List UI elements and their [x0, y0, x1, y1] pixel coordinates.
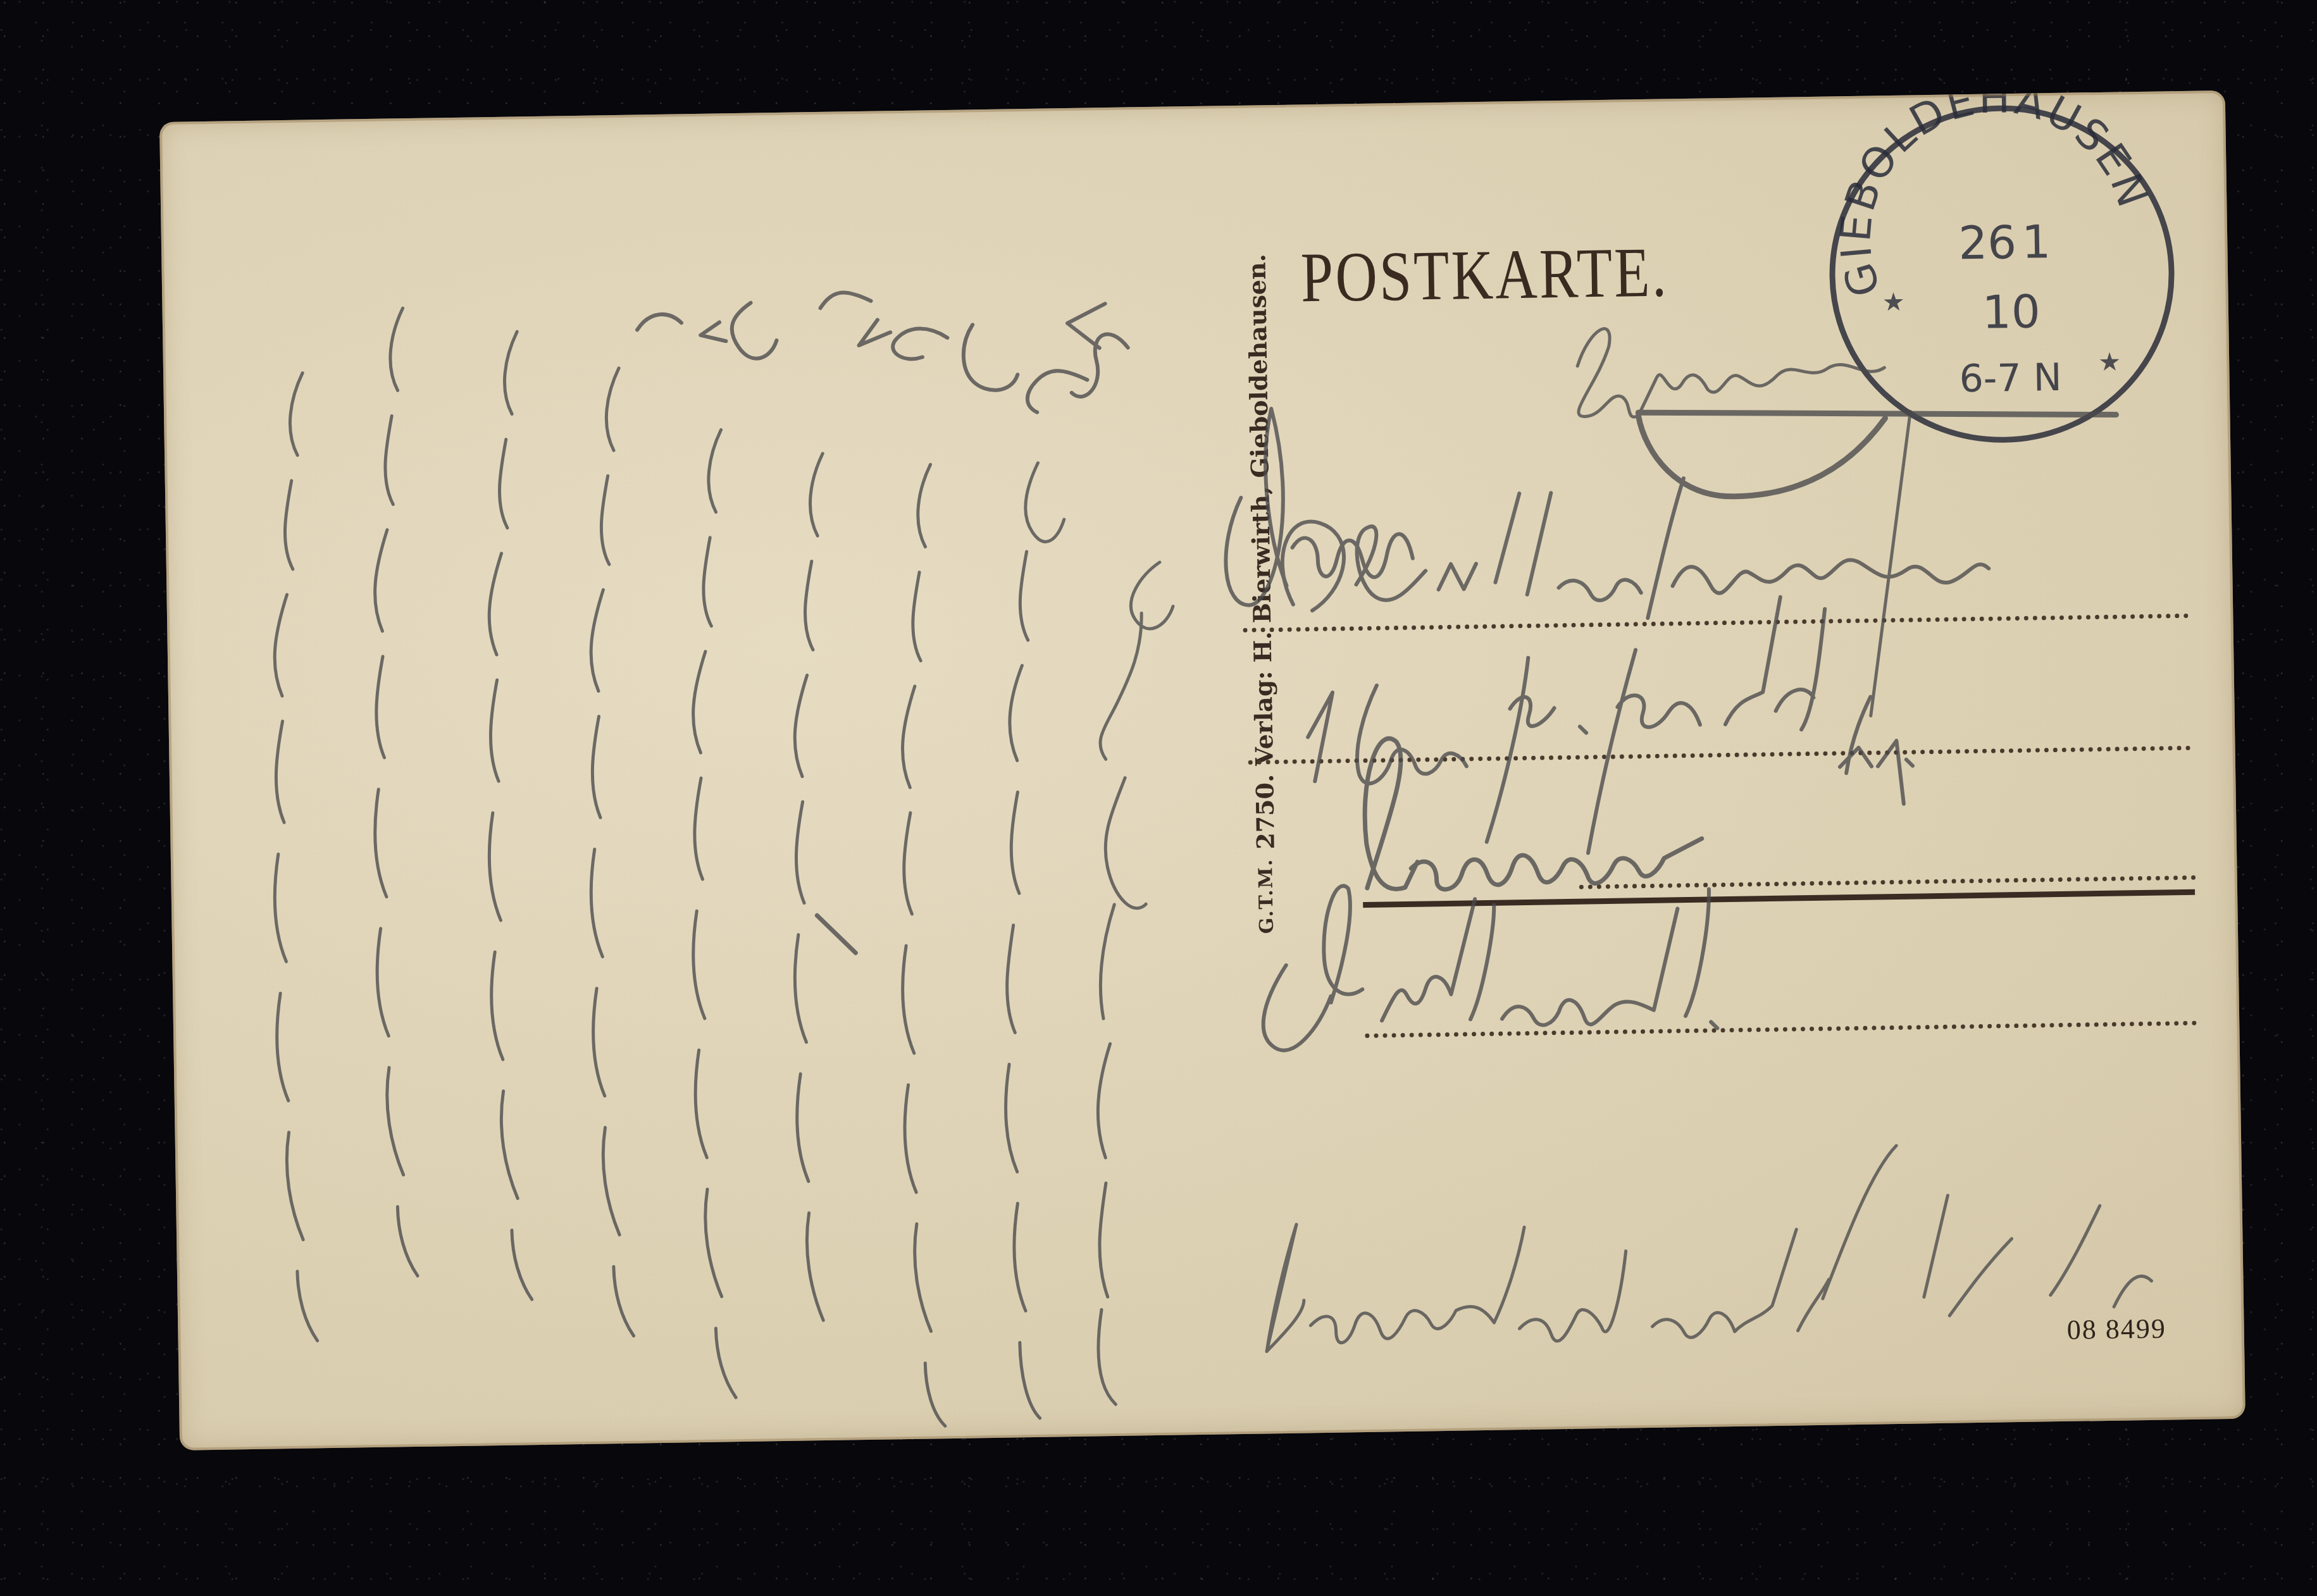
address-line-1 — [1243, 614, 2189, 633]
message-column-7 — [583, 368, 633, 1337]
postmark-stamp: GIEBOLDEHAUSEN 26 1 10 6-7 N ★ ★ — [1816, 91, 2189, 451]
message-column-3 — [996, 462, 1078, 1418]
message-column-2 — [1086, 562, 1185, 1404]
address-line-2 — [1248, 746, 2191, 765]
address-line-4 — [1365, 1021, 2197, 1038]
message-column-4 — [895, 464, 945, 1426]
postmark-star-left-icon: ★ — [1882, 288, 1905, 318]
address-line-name — [1281, 474, 1989, 624]
message-column-10 — [267, 373, 318, 1342]
address-line-3-solid — [1363, 889, 2195, 908]
postcard: POSTKARTE. G.T.M. 2750. Verlag: H. Bierw… — [159, 90, 2246, 1451]
message-column-9 — [367, 308, 418, 1277]
message-column-5 — [787, 453, 862, 1320]
svg-text:GIEBOLDEHAUSEN: GIEBOLDEHAUSEN — [1829, 91, 2159, 302]
address-line-3-dotted — [1579, 875, 2196, 889]
postmark-month: 1 — [2022, 215, 2051, 269]
address-footer-note — [1264, 1142, 2152, 1351]
message-column-8 — [481, 331, 532, 1300]
publisher-imprint: G.T.M. 2750. Verlag: H. Bierwirth, Giebo… — [1233, 0, 1286, 934]
postmark-year: 10 — [1982, 285, 2041, 338]
publisher-logo-icon: G.T.M. — [1255, 858, 1278, 934]
postkarte-heading: POSTKARTE. — [1300, 232, 1669, 319]
postmark-star-right-icon: ★ — [2098, 347, 2121, 377]
address-underline-flourish — [1638, 405, 2120, 720]
postmark-time: 6-7 N — [1959, 356, 2062, 401]
address-line-regiment — [1306, 595, 1914, 858]
message-column-6 — [685, 430, 736, 1398]
postmark-day: 26 — [1958, 216, 2017, 269]
message-column-1 — [637, 288, 1129, 419]
postmark-town: GIEBOLDEHAUSEN — [1829, 91, 2159, 302]
catalog-number: 08 8499 — [2066, 1313, 2166, 1346]
